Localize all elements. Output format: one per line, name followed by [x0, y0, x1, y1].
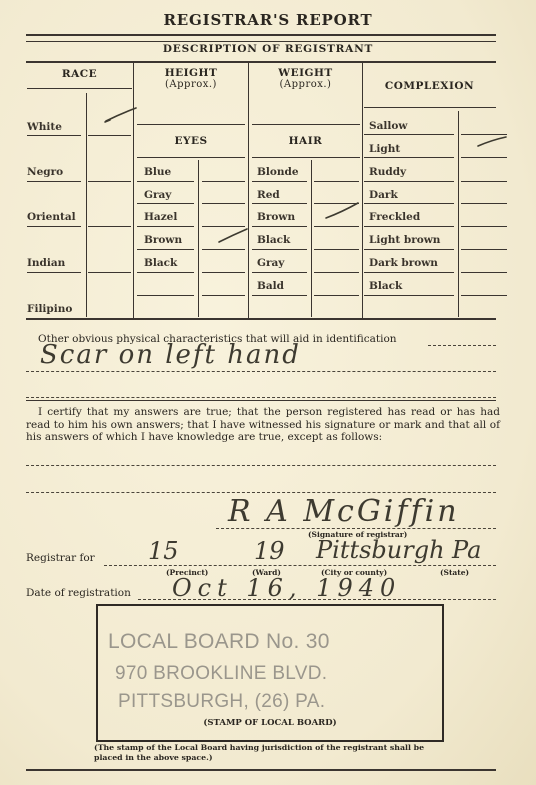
registrar-for-line [104, 565, 496, 566]
divider [458, 111, 459, 317]
divider [314, 181, 359, 182]
state-caption: (State) [440, 568, 469, 577]
race-negro[interactable]: Negro [27, 166, 63, 178]
stamp-line-2: 970 BROOKLINE BLVD. [115, 663, 327, 685]
divider [461, 203, 507, 204]
divider [202, 295, 245, 296]
race-indian[interactable]: Indian [27, 257, 65, 269]
race-header: RACE [26, 68, 133, 80]
eyes-header: EYES [134, 135, 248, 147]
bottom-rule [26, 769, 496, 771]
divider [364, 249, 454, 250]
eyes-black[interactable]: Black [144, 257, 177, 269]
divider [137, 226, 194, 227]
eyes-blue[interactable]: Blue [144, 166, 171, 178]
characteristics-line-2 [26, 397, 496, 398]
certification-text: I certify that my answers are true; that… [26, 406, 500, 444]
divider [252, 181, 307, 182]
divider [137, 124, 245, 125]
section-rule [26, 400, 496, 401]
divider [461, 249, 507, 250]
complexion-black[interactable]: Black [369, 280, 402, 292]
divider [314, 272, 359, 273]
divider [314, 295, 359, 296]
exceptions-line-1[interactable] [26, 465, 496, 466]
eyes-gray[interactable]: Gray [144, 189, 171, 201]
divider [88, 226, 131, 227]
date-of-registration-label: Date of registration [26, 587, 131, 599]
divider [461, 157, 507, 158]
divider [364, 107, 496, 108]
height-header: HEIGHT [134, 67, 248, 79]
hair-blonde[interactable]: Blonde [257, 166, 299, 178]
race-oriental[interactable]: Oriental [27, 211, 76, 223]
divider [314, 226, 359, 227]
complexion-freckled[interactable]: Freckled [369, 211, 420, 223]
characteristics-line-1 [26, 371, 496, 372]
hair-brown[interactable]: Brown [257, 211, 295, 223]
divider [252, 226, 307, 227]
divider [252, 295, 307, 296]
complexion-light[interactable]: Light [369, 143, 400, 155]
city-value[interactable]: Pittsburgh [316, 536, 445, 564]
height-approx: (Approx.) [134, 79, 248, 91]
divider [88, 181, 131, 182]
divider [364, 295, 454, 296]
eyes-brown[interactable]: Brown [144, 234, 182, 246]
divider [27, 226, 81, 227]
date-of-registration-value[interactable]: Oct 16, 1940 [172, 574, 401, 602]
divider [364, 134, 454, 135]
registrar-signature[interactable]: R A McGiffin [228, 494, 460, 529]
divider [202, 181, 245, 182]
stamp-note: (The stamp of the Local Board having jur… [94, 743, 454, 762]
registration-card: REGISTRAR'S REPORT DESCRIPTION OF REGIST… [0, 0, 536, 785]
divider [198, 160, 199, 317]
divider [137, 203, 194, 204]
divider [27, 181, 81, 182]
page-title: REGISTRAR'S REPORT [0, 11, 536, 29]
divider [252, 124, 360, 125]
characteristics-value[interactable]: Scar on left hand [40, 340, 301, 370]
race-white[interactable]: White [27, 121, 62, 133]
divider [27, 272, 81, 273]
precinct-value[interactable]: 15 [148, 537, 179, 565]
divider [364, 272, 454, 273]
complexion-sallow[interactable]: Sallow [369, 120, 407, 132]
divider [86, 93, 87, 317]
characteristics-label-leader [428, 345, 496, 346]
stamp-line-1: LOCAL BOARD No. 30 [108, 630, 330, 654]
exceptions-line-2[interactable] [26, 492, 496, 493]
ward-value[interactable]: 19 [254, 537, 285, 565]
divider [364, 181, 454, 182]
complexion-light-brown[interactable]: Light brown [369, 234, 440, 246]
divider [202, 272, 245, 273]
divider [311, 160, 312, 317]
state-value[interactable]: Pa [452, 536, 481, 564]
complexion-dark[interactable]: Dark [369, 189, 398, 201]
divider [202, 249, 245, 250]
table-top-rule [26, 61, 496, 63]
hair-black[interactable]: Black [257, 234, 290, 246]
stamp-caption: (STAMP OF LOCAL BOARD) [96, 718, 444, 728]
hair-brown-checkmark-icon [322, 200, 362, 222]
hair-bald[interactable]: Bald [257, 280, 284, 292]
divider [364, 157, 454, 158]
section-title: DESCRIPTION OF REGISTRANT [0, 43, 536, 55]
registrar-for-label: Registrar for [26, 552, 95, 564]
complexion-light-checkmark-icon [472, 134, 512, 150]
divider [137, 157, 245, 158]
height-value [134, 92, 248, 124]
divider [137, 249, 194, 250]
divider [252, 272, 307, 273]
weight-header: WEIGHT [249, 67, 362, 79]
divider [137, 181, 194, 182]
divider [314, 249, 359, 250]
race-white-checkbox-line [88, 135, 131, 136]
divider [364, 203, 454, 204]
divider [88, 272, 131, 273]
table-bottom-rule [26, 318, 496, 320]
divider [137, 272, 194, 273]
race-filipino[interactable]: Filipino [27, 303, 72, 315]
divider [461, 295, 507, 296]
divider [461, 272, 507, 273]
stamp-line-3: PITTSBURGH, (26) PA. [118, 691, 325, 713]
divider [461, 226, 507, 227]
signature-line [216, 528, 496, 529]
divider [202, 203, 245, 204]
complexion-dark-brown[interactable]: Dark brown [369, 257, 438, 269]
complexion-ruddy[interactable]: Ruddy [369, 166, 406, 178]
eyes-hazel[interactable]: Hazel [144, 211, 177, 223]
divider [27, 88, 132, 89]
divider [252, 157, 360, 158]
divider [364, 226, 454, 227]
hair-red[interactable]: Red [257, 189, 280, 201]
weight-approx: (Approx.) [249, 79, 362, 91]
title-double-rule [26, 34, 496, 42]
complexion-header: COMPLEXION [363, 80, 496, 92]
hair-gray[interactable]: Gray [257, 257, 284, 269]
divider [137, 295, 194, 296]
divider [461, 181, 507, 182]
eyes-brown-checkmark-icon [215, 225, 251, 247]
race-white-checkmark-icon [100, 104, 140, 126]
divider [362, 62, 363, 318]
divider [252, 203, 307, 204]
divider [27, 135, 81, 136]
hair-header: HAIR [249, 135, 362, 147]
divider [252, 249, 307, 250]
weight-value [249, 92, 362, 124]
